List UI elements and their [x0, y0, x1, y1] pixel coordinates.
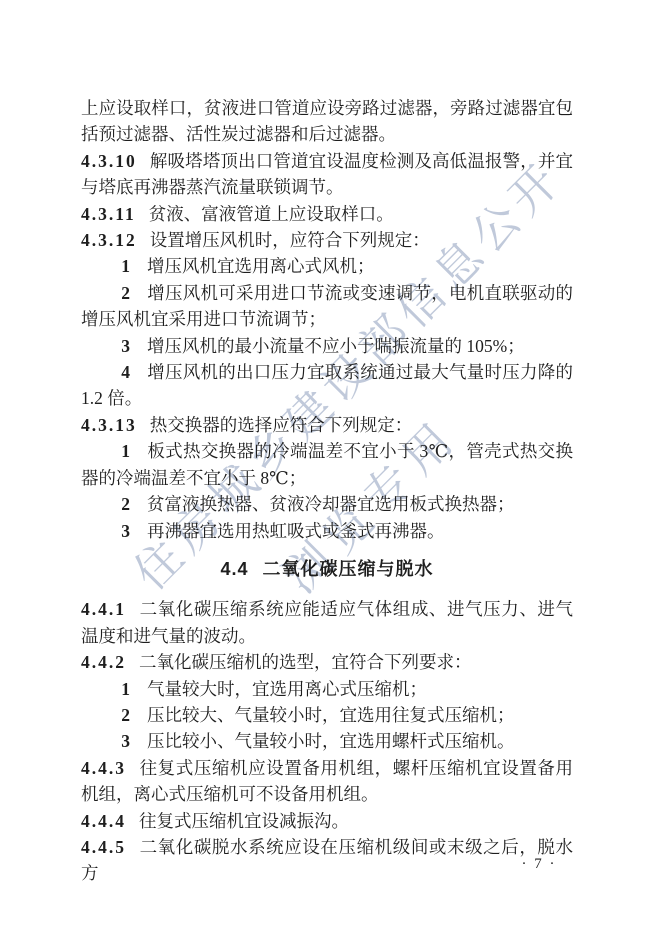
item-number: 1	[121, 441, 130, 461]
section-number: 4.4	[220, 559, 248, 579]
page-number: · 7 ·	[515, 856, 563, 873]
clause-paragraph: 4.3.12设置增压风机时，应符合下列规定：	[81, 227, 573, 253]
list-item: 1增压风机宜选用离心式风机；	[81, 253, 573, 279]
item-number: 3	[121, 521, 130, 541]
clause-number: 4.3.10	[81, 151, 137, 171]
clause-number: 4.4.3	[81, 758, 126, 778]
clause-paragraph: 4.4.3往复式压缩机应设置备用机组，螺杆压缩机宜设置备用机组，离心式压缩机可不…	[81, 755, 573, 808]
body-paragraph: 上应设取样口，贫液进口管道应设旁路过滤器，旁路过滤器宜包括预过滤器、活性炭过滤器…	[81, 95, 573, 148]
list-item: 2增压风机可采用进口节流或变速调节，电机直联驱动的增压风机宜采用进口节流调节；	[81, 280, 573, 333]
item-number: 3	[121, 336, 130, 356]
list-item: 2压比较大、气量较小时，宜选用往复式压缩机；	[81, 702, 573, 728]
clause-number: 4.3.13	[81, 415, 137, 435]
list-item: 1气量较大时，宜选用离心式压缩机；	[81, 676, 573, 702]
page-content: 上应设取样口，贫液进口管道应设旁路过滤器，旁路过滤器宜包括预过滤器、活性炭过滤器…	[81, 95, 573, 887]
clause-paragraph: 4.3.10解吸塔塔顶出口管道宜设温度检测及高低温报警，并宜与塔底再沸器蒸汽流量…	[81, 148, 573, 201]
clause-number: 4.4.1	[81, 599, 126, 619]
item-number: 2	[121, 283, 130, 303]
list-item: 3增压风机的最小流量不应小于喘振流量的 105%；	[81, 333, 573, 359]
item-number: 1	[121, 679, 130, 699]
clause-number: 4.3.11	[81, 204, 136, 224]
list-item: 2贫富液换热器、贫液冷却器宜选用板式换热器；	[81, 491, 573, 517]
clause-paragraph: 4.4.1二氧化碳压缩系统应能适应气体组成、进气压力、进气温度和进气量的波动。	[81, 596, 573, 649]
clause-paragraph: 4.4.4往复式压缩机宜设减振沟。	[81, 808, 573, 834]
clause-number: 4.4.4	[81, 811, 126, 831]
item-number: 2	[121, 494, 130, 514]
clause-number: 4.3.12	[81, 230, 137, 250]
clause-paragraph: 4.3.13热交换器的选择应符合下列规定：	[81, 412, 573, 438]
clause-paragraph: 4.4.5二氧化碳脱水系统应设在压缩机级间或末级之后，脱水方	[81, 834, 573, 887]
clause-number: 4.4.5	[81, 837, 126, 857]
item-number: 3	[121, 731, 130, 751]
section-title: 二氧化碳压缩与脱水	[263, 559, 434, 579]
section-heading: 4.4二氧化碳压缩与脱水	[81, 556, 573, 582]
item-number: 1	[121, 256, 130, 276]
list-item: 3再沸器宜选用热虹吸式或釜式再沸器。	[81, 518, 573, 544]
clause-paragraph: 4.3.11贫液、富液管道上应设取样口。	[81, 201, 573, 227]
list-item: 4增压风机的出口压力宜取系统通过最大气量时压力降的 1.2 倍。	[81, 359, 573, 412]
list-item: 3压比较小、气量较小时，宜选用螺杆式压缩机。	[81, 728, 573, 754]
list-item: 1板式热交换器的冷端温差不宜小于 3℃，管壳式热交换器的冷端温差不宜小于 8℃；	[81, 438, 573, 491]
document-page: 住房城乡建设部信息公开 浏览专用 上应设取样口，贫液进口管道应设旁路过滤器，旁路…	[0, 0, 652, 946]
item-number: 2	[121, 705, 130, 725]
clause-paragraph: 4.4.2二氧化碳压缩机的选型，宜符合下列要求：	[81, 649, 573, 675]
item-number: 4	[121, 362, 130, 382]
clause-number: 4.4.2	[81, 652, 126, 672]
